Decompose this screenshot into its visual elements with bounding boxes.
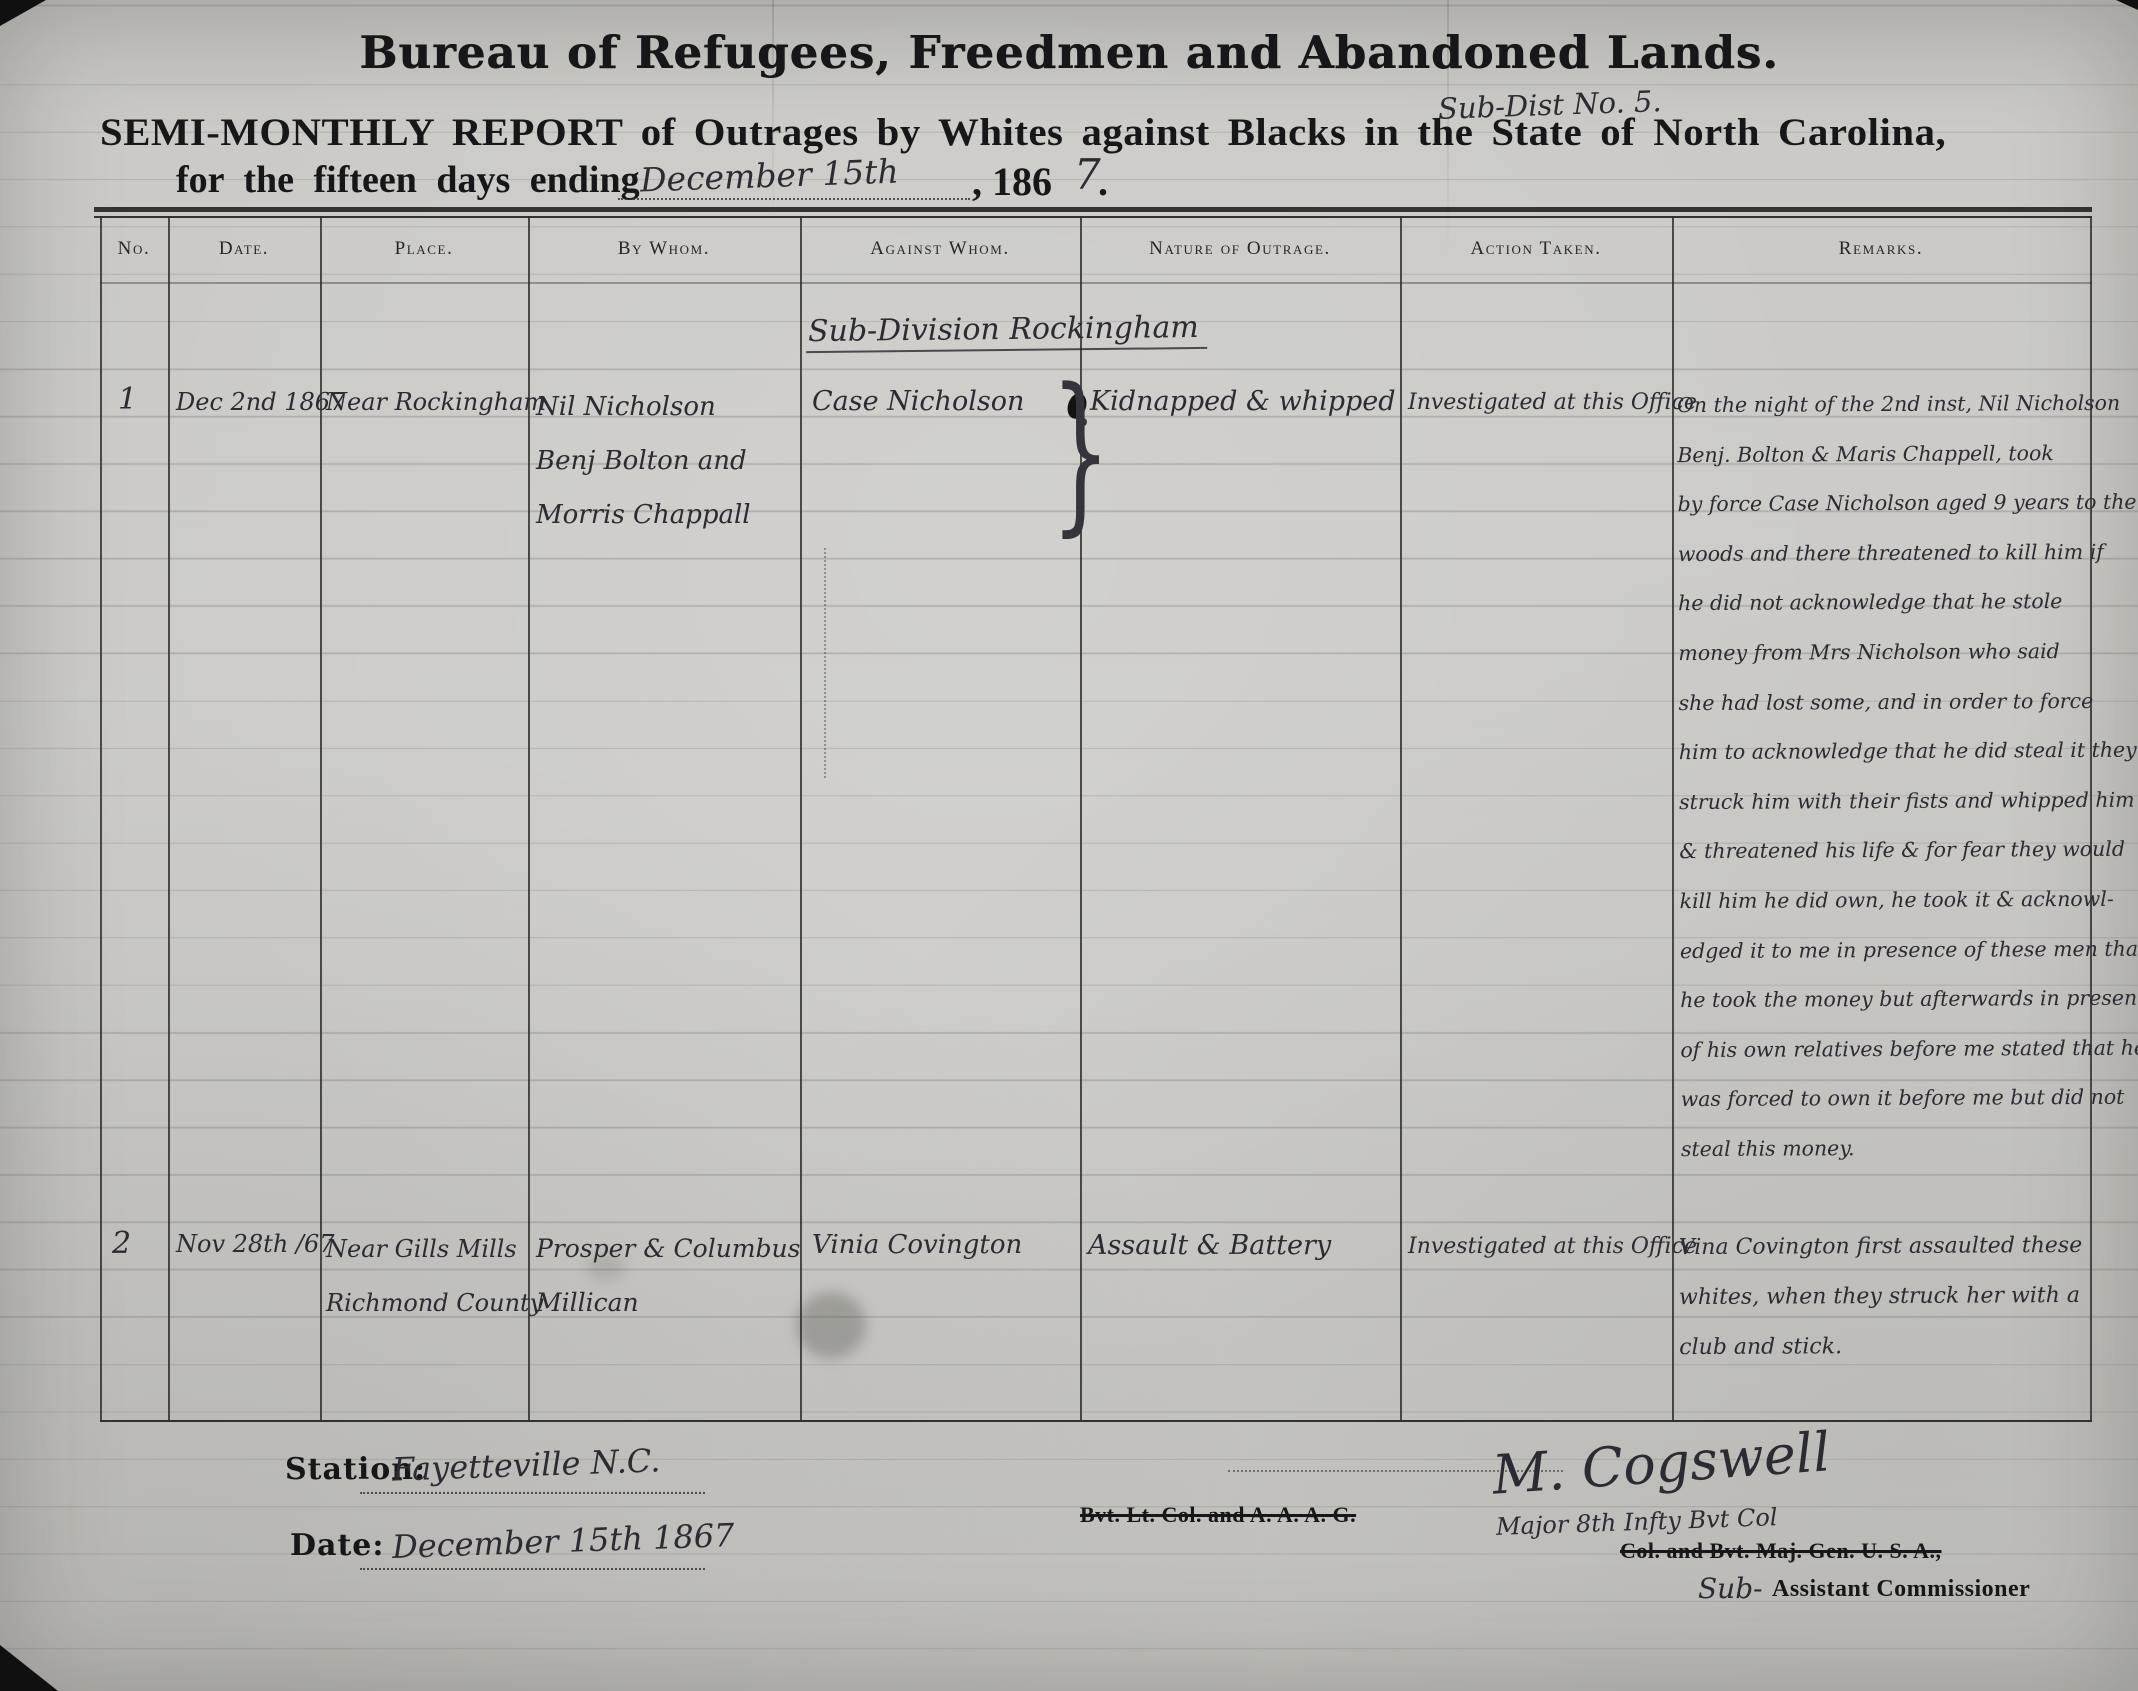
col-header-action: Action Taken.: [1400, 238, 1672, 260]
year-printed: , 186: [972, 158, 1052, 205]
remarks-line: steal this money.: [1681, 1123, 2093, 1175]
remarks-line: was forced to own it before me but did n…: [1681, 1073, 2093, 1125]
remarks-line: Benj. Bolton & Maris Chappell, took: [1677, 429, 2089, 481]
row1-place: Near Rockingham: [326, 388, 546, 416]
col-header-nature: Nature of Outrage.: [1080, 238, 1400, 260]
remarks-line: by force Case Nicholson aged 9 years to …: [1677, 478, 2089, 530]
col-header-place: Place.: [320, 238, 528, 260]
scanned-report-page: Bureau of Refugees, Freedmen and Abandon…: [0, 0, 2138, 1691]
remarks-line: struck him with their fists and whipped …: [1679, 776, 2091, 828]
remarks-line: woods and there threatened to kill him i…: [1678, 528, 2090, 580]
row2-remarks: Vina Covington first assaulted these whi…: [1679, 1221, 2092, 1373]
remarks-line: kill him he did own, he took it & acknow…: [1680, 875, 2092, 927]
row1-by-whom: Nil Nicholson Benj Bolton and Morris Cha…: [536, 380, 751, 542]
row2-place-line: Near Gills Mills: [326, 1222, 543, 1276]
header-underline: [100, 282, 2092, 284]
remarks-line: of his own relatives before me stated th…: [1680, 1024, 2092, 1076]
struck-title-right: Col. and Bvt. Maj. Gen. U. S. A.,: [1620, 1538, 1941, 1564]
signature-rank: Major 8th Infty Bvt Col: [1496, 1503, 1778, 1541]
date-fill-line: [360, 1568, 705, 1570]
col-header-date: Date.: [168, 238, 320, 260]
remarks-line: he took the money but afterwards in pres…: [1680, 974, 2092, 1026]
col-header-remarks: Remarks.: [1672, 238, 2090, 260]
row1-no: 1: [118, 382, 137, 417]
bureau-title: Bureau of Refugees, Freedmen and Abandon…: [0, 26, 2138, 79]
section-heading: Sub-Division Rockingham: [806, 310, 1207, 353]
report-title-wrap: SEMI-MONTHLY REPORT of Outrages by White…: [100, 110, 2045, 155]
report-title: SEMI-MONTHLY REPORT of Outrages by White…: [100, 110, 2133, 155]
column-dotted-guide: [824, 548, 826, 778]
col-header-no: No.: [100, 238, 168, 260]
remarks-line: whites, when they struck her with a: [1679, 1271, 2091, 1323]
scan-corner-artifact: [2116, 0, 2138, 10]
row2-by-whom-line: Prosper & Columbus: [536, 1222, 800, 1276]
scan-corner-artifact: [0, 0, 46, 26]
row2-nature: Assault & Battery: [1088, 1230, 1331, 1261]
scan-corner-artifact: [0, 1645, 58, 1691]
remarks-line: Vina Covington first assaulted these: [1679, 1221, 2091, 1273]
table-border-left: [100, 216, 102, 1420]
ending-date-hand: December 15th: [639, 151, 899, 199]
remarks-line: she had lost some, and in order to force: [1678, 676, 2090, 728]
remarks-line: club and stick.: [1679, 1321, 2091, 1373]
row1-by-whom-line: Morris Chappall: [536, 488, 751, 542]
row2-no: 2: [112, 1226, 131, 1261]
station-value: Fayetteville N.C.: [391, 1441, 660, 1488]
double-rule-top: [94, 207, 2092, 212]
remarks-line: him to acknowledge that he did steal it …: [1679, 726, 2091, 778]
remarks-line: money from Mrs Nicholson who said: [1678, 627, 2090, 679]
row1-against-whom: Case Nicholson: [812, 386, 1024, 417]
smudge: [796, 1292, 866, 1358]
row1-by-whom-line: Benj Bolton and: [536, 434, 751, 488]
date-value: December 15th 1867: [391, 1516, 735, 1566]
col-divider: [1400, 216, 1402, 1420]
row2-against-whom: Vinia Covington: [812, 1230, 1022, 1260]
remarks-line: & threatened his life & for fear they wo…: [1679, 825, 2091, 877]
date-label: Date:: [290, 1528, 384, 1563]
col-header-against-whom: Against Whom.: [800, 238, 1080, 260]
row2-place: Near Gills Mills Richmond County: [326, 1222, 543, 1330]
struck-title-left: Bvt. Lt. Col. and A. A. A. G.: [1080, 1502, 1356, 1528]
row2-by-whom: Prosper & Columbus Millican: [536, 1222, 800, 1330]
row2-by-whom-line: Millican: [536, 1276, 800, 1330]
commissioner-title: Assistant Commissioner: [1772, 1576, 2030, 1603]
row1-date: Dec 2nd 1867: [176, 388, 345, 416]
signature: M. Cogswell: [1490, 1420, 1832, 1506]
year-hand-digit: 7: [1074, 150, 1101, 199]
commissioner-hand-prefix: Sub-: [1698, 1572, 1763, 1605]
row2-action: Investigated at this Office: [1408, 1234, 1697, 1259]
row1-action: Investigated at this Office: [1408, 390, 1697, 415]
remarks-line: edged it to me in presence of these men …: [1680, 924, 2092, 976]
row1-remarks: On the night of the 2nd inst, Nil Nichol…: [1677, 379, 2093, 1175]
sentence-period: .: [1098, 158, 1108, 205]
row2-date: Nov 28th /67: [176, 1230, 335, 1258]
row2-place-line: Richmond County: [326, 1276, 543, 1330]
remarks-line: On the night of the 2nd inst, Nil Nichol…: [1677, 379, 2089, 431]
ending-prefix: for the fifteen days ending: [176, 158, 640, 202]
row1-nature: Kidnapped & whipped: [1090, 386, 1396, 417]
row1-by-whom-line: Nil Nicholson: [536, 380, 751, 434]
remarks-line: he did not acknowledge that he stole: [1678, 577, 2090, 629]
double-rule-bottom: [94, 216, 2092, 218]
col-divider: [168, 216, 170, 1420]
station-fill-line: [360, 1492, 705, 1494]
col-header-by-whom: By Whom.: [528, 238, 800, 260]
